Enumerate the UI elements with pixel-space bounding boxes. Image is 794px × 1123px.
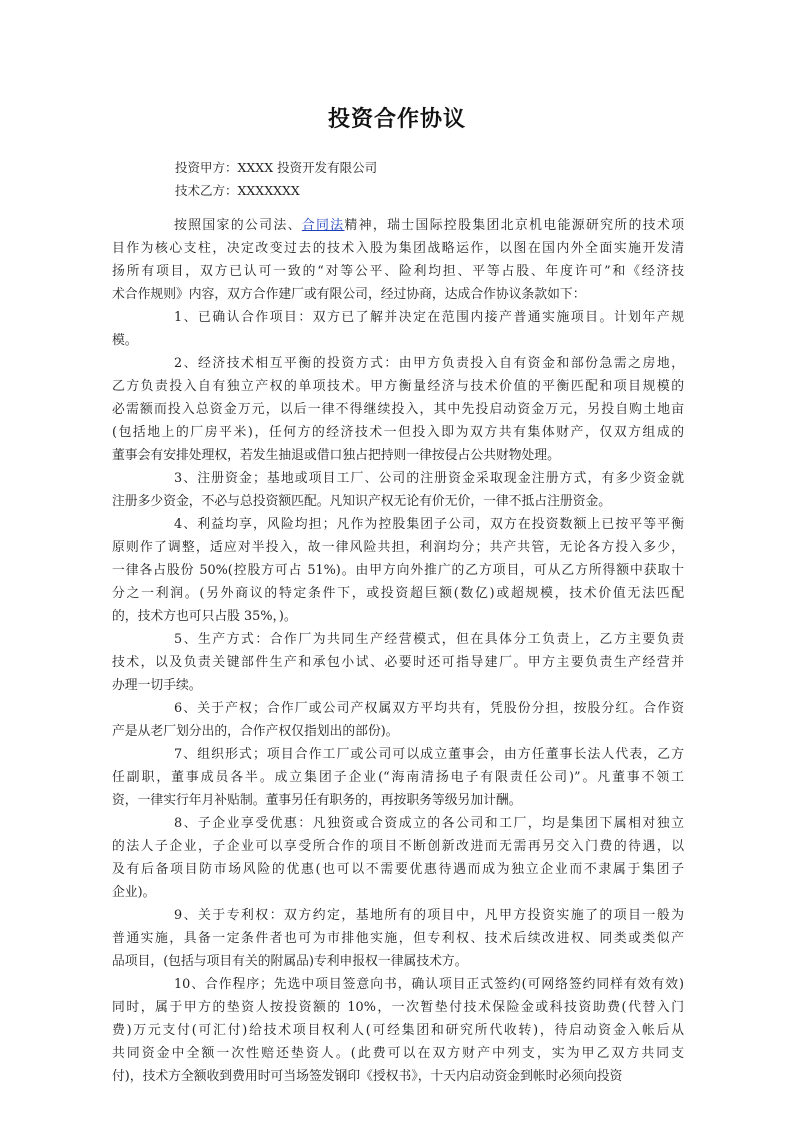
clause-1: 1、已确认合作项目：双方已了解并决定在范围内接产普通实施项目。计划年产规模。 (112, 306, 684, 352)
clause-line: 付)，技术方全额收到费用时可当场签发钢印《授权书》，十天内启动资金到帐时必须向投… (112, 1065, 684, 1088)
clause-line: 的法人子企业，子企业可以享受所合作的项目不断创新改进而无需再另交入门费的待遇，以 (112, 835, 684, 858)
clause-line: 企业)。 (112, 881, 684, 904)
intro-line: 目作为核心支柱，决定改变过去的技术入股为集团战略运作，以图在国内外全面实施开发清 (112, 237, 684, 260)
clause-heading-line: 4、利益均享，风险均担；凡作为控股集团子公司，双方在投资数额上已按平等平衡 (112, 513, 684, 536)
clause-line: 同时，属于甲方的垫资人按投资额的 10%，一次暂垫付技术保险金或科技资助费(代替… (112, 996, 684, 1019)
clause-3: 3、注册资金；基地或项目工厂、公司的注册资金采取现金注册方式，有多少资金就注册多… (112, 467, 684, 513)
clause-line: 产是从老厂划分出的，合作产权仅指划出的部份)。 (112, 720, 684, 743)
clause-line: 资，一律实行年月补贴制。董事另任有职务的，再按职务等级另加计酬。 (112, 789, 684, 812)
clauses-list: 1、已确认合作项目：双方已了解并决定在范围内接产普通实施项目。计划年产规模。2、… (112, 306, 684, 1088)
clause-5: 5、生产方式：合作厂为共同生产经营模式，但在具体分工负责上，乙方主要负责技术，以… (112, 628, 684, 697)
clause-line: 分之一利润。(另外商议的特定条件下，或投资超巨额(数亿)或超规模，技术价值无法匹… (112, 582, 684, 605)
clause-line: 模。 (112, 329, 684, 352)
clause-heading-line: 7、组织形式；项目合作工厂或公司可以成立董事会，由方任董事长法人代表，乙方 (112, 743, 684, 766)
clause-heading-line: 3、注册资金；基地或项目工厂、公司的注册资金采取现金注册方式，有多少资金就 (112, 467, 684, 490)
document-page: 投资合作协议 投资甲方：XXXX 投资开发有限公司 技术乙方：XXXXXXX 按… (0, 0, 794, 1123)
clause-line: 共同资金中全额一次性赔还垫资人。(此费可以在双方财产中列支，实为甲乙双方共同支 (112, 1042, 684, 1065)
party-b: 技术乙方：XXXXXXX (175, 181, 300, 199)
contract-law-link[interactable]: 合同法 (302, 218, 345, 233)
clause-line: (包括地上的厂房平米)，任何方的经济技术一但投入即为双方共有集体财产，仅双方组成… (112, 421, 684, 444)
clause-heading-line: 9、关于专利权：双方约定，基地所有的项目中，凡甲方投资实施了的项目一般为 (112, 904, 684, 927)
clause-line: 品项目，(包括与项目有关的附属品)专利申报权一律属技术方。 (112, 950, 684, 973)
clause-heading-line: 2、经济技术相互平衡的投资方式：由甲方负责投入自有资金和部份急需之房地， (112, 352, 684, 375)
intro-text-after-link: 精神，瑞士国际控股集团北京机电能源研究所的技术项 (344, 218, 684, 233)
clause-line: 普通实施，具备一定条件者也可为市排他实施，但专利权、技术后续改进权、同类或类似产 (112, 927, 684, 950)
intro-line: 扬所有项目，双方已认可一致的“对等公平、险利均担、平等占股、年度许可”和《经济技 (112, 260, 684, 283)
document-body: 按照国家的公司法、合同法精神，瑞士国际控股集团北京机电能源研究所的技术项 目作为… (112, 214, 684, 1088)
document-title: 投资合作协议 (0, 102, 794, 133)
clause-8: 8、子企业享受优惠：凡独资或合资成立的各公司和工厂，均是集团下属相对独立的法人子… (112, 812, 684, 904)
clause-line: 注册多少资金，不必与总投资额匹配。凡知识产权无论有价无价，一律不抵占注册资金。 (112, 490, 684, 513)
intro-text-before-link: 按照国家的公司法、 (174, 218, 302, 233)
clause-4: 4、利益均享，风险均担；凡作为控股集团子公司，双方在投资数额上已按平等平衡原则作… (112, 513, 684, 628)
clause-heading-line: 8、子企业享受优惠：凡独资或合资成立的各公司和工厂，均是集团下属相对独立 (112, 812, 684, 835)
clause-heading-line: 10、合作程序；先选中项目签意向书，确认项目正式签约(可网络签约同样有效有效) (112, 973, 684, 996)
clause-2: 2、经济技术相互平衡的投资方式：由甲方负责投入自有资金和部份急需之房地，乙方负责… (112, 352, 684, 467)
clause-line: 一律各占股份 50%(控股方可占 51%)。由甲方向外推广的乙方项目，可从乙方所… (112, 559, 684, 582)
clause-line: 董事会有安排处理权，若发生抽退或借口独占把持则一律按侵占公共财物处理。 (112, 444, 684, 467)
clause-10: 10、合作程序；先选中项目签意向书，确认项目正式签约(可网络签约同样有效有效)同… (112, 973, 684, 1088)
clause-line: 原则作了调整，适应对半投入，故一律风险共担，利润均分；共产共管，无论各方投入多少… (112, 536, 684, 559)
clause-line: 乙方负责投入自有独立产权的单项技术。甲方衡量经济与技术价值的平衡匹配和项目规模的 (112, 375, 684, 398)
clause-line: 办理一切手续。 (112, 674, 684, 697)
clause-line: 费)万元支付(可汇付)给技术项目权利人(可经集团和研究所代收转)，待启动资金入帐… (112, 1019, 684, 1042)
clause-7: 7、组织形式；项目合作工厂或公司可以成立董事会，由方任董事长法人代表，乙方任副职… (112, 743, 684, 812)
clause-9: 9、关于专利权：双方约定，基地所有的项目中，凡甲方投资实施了的项目一般为普通实施… (112, 904, 684, 973)
party-a: 投资甲方：XXXX 投资开发有限公司 (175, 158, 377, 176)
clause-heading-line: 1、已确认合作项目：双方已了解并决定在范围内接产普通实施项目。计划年产规 (112, 306, 684, 329)
clause-heading-line: 6、关于产权；合作厂或公司产权属双方平均共有，凭股份分担，按股分红。合作资 (112, 697, 684, 720)
clause-line: 的，技术方也可只占股 35%，)。 (112, 605, 684, 628)
clause-line: 技术，以及负责关键部件生产和承包小试、必要时还可指导建厂。甲方主要负责生产经营并 (112, 651, 684, 674)
intro-first-line: 按照国家的公司法、合同法精神，瑞士国际控股集团北京机电能源研究所的技术项 (112, 214, 684, 237)
intro-line: 术合作规则》内容，双方合作建厂或有限公司，经过协商，达成合作协议条款如下： (112, 283, 684, 306)
clause-line: 必需额而投入总资金万元，以后一律不得继续投入，其中先投启动资金万元，另投自购土地… (112, 398, 684, 421)
clause-6: 6、关于产权；合作厂或公司产权属双方平均共有，凭股份分担，按股分红。合作资产是从… (112, 697, 684, 743)
clause-line: 及有后备项目防市场风险的优惠(也可以不需要优惠待遇而成为独立企业而不隶属于集团子 (112, 858, 684, 881)
clause-heading-line: 5、生产方式：合作厂为共同生产经营模式，但在具体分工负责上，乙方主要负责 (112, 628, 684, 651)
clause-line: 任副职，董事成员各半。成立集团子企业(“海南清扬电子有限责任公司)”。凡董事不领… (112, 766, 684, 789)
